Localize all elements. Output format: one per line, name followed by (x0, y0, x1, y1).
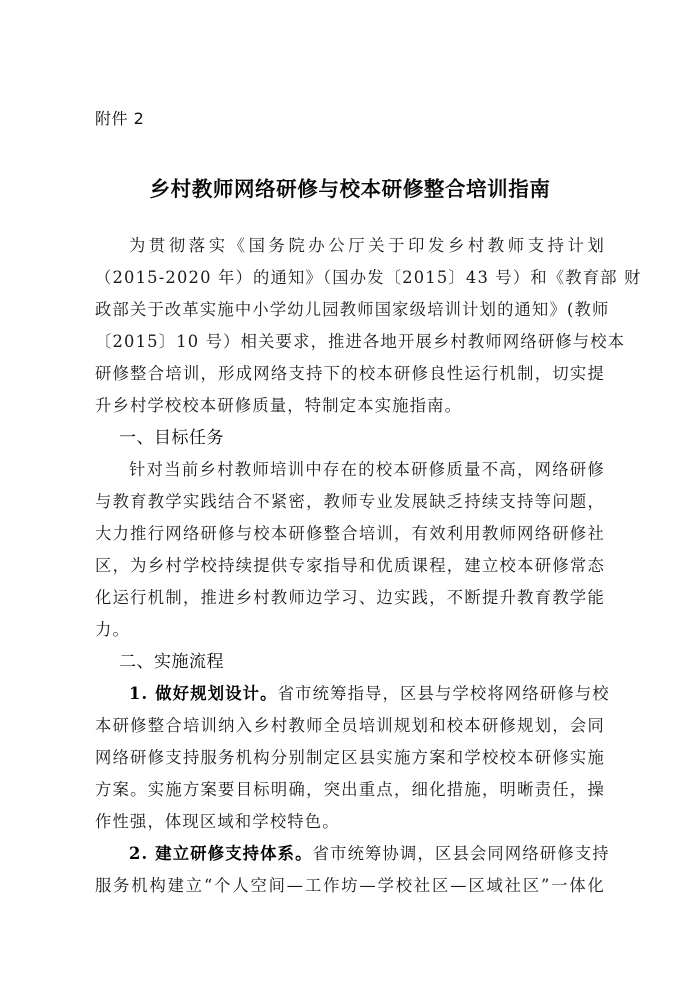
text-line: 针对当前乡村教师培训中存在的校本研修质量不高，网络研修 (95, 454, 605, 486)
text-line: 研修整合培训，形成网络支持下的校本研修良性运行机制，切实提 (95, 358, 605, 390)
text-line: 〔2015〕10 号）相关要求，推进各地开展乡村教师网络研修与校本 (95, 326, 605, 358)
document-page: 附件 2 乡村教师网络研修与校本研修整合培训指南 为贯彻落实《国务院办公厅关于印… (0, 0, 700, 993)
text-line: 力。 (95, 614, 605, 646)
text-line: 1. 做好规划设计。省市统筹指导，区县与学校将网络研修与校 (95, 678, 605, 710)
text-line: （2015-2020 年）的通知》（国办发〔2015〕43 号）和《教育部 财 (95, 262, 605, 294)
item-text: 省市统筹指导，区县与学校将网络研修与校 (278, 684, 610, 703)
process-item-support-system: 2. 建立研修支持体系。省市统筹协调，区县会同网络研修支持 服务机构建立“个人空… (95, 838, 605, 902)
document-title: 乡村教师网络研修与校本研修整合培训指南 (0, 172, 700, 202)
text-line: 方案。实施方案要目标明确，突出重点，细化措施，明晰责任，操 (95, 774, 605, 806)
text-line: 本研修整合培训纳入乡村教师全员培训规划和校本研修规划，会同 (95, 710, 605, 742)
text-line: 网络研修支持服务机构分别制定区县实施方案和学校校本研修实施 (95, 742, 605, 774)
goals-paragraph: 针对当前乡村教师培训中存在的校本研修质量不高，网络研修 与教育教学实践结合不紧密… (95, 454, 605, 646)
text-line: 区，为乡村学校持续提供专家指导和优质课程，建立校本研修常态 (95, 550, 605, 582)
process-item-planning: 1. 做好规划设计。省市统筹指导，区县与学校将网络研修与校 本研修整合培训纳入乡… (95, 678, 605, 838)
text-line: 化运行机制，推进乡村教师边学习、边实践，不断提升教育教学能 (95, 582, 605, 614)
document-body: 为贯彻落实《国务院办公厅关于印发乡村教师支持计划 （2015-2020 年）的通… (95, 230, 605, 902)
text-line: 为贯彻落实《国务院办公厅关于印发乡村教师支持计划 (95, 230, 605, 262)
text-line: 服务机构建立“个人空间—工作坊—学校社区—区域社区”一体化 (95, 870, 605, 902)
attachment-label: 附件 2 (95, 106, 144, 129)
item-lead-support-system: 2. 建立研修支持体系。 (129, 844, 313, 863)
text-line: 政部关于改革实施中小学幼儿园教师国家级培训计划的通知》(教师 (95, 294, 605, 326)
text-line: 升乡村学校校本研修质量，特制定本实施指南。 (95, 390, 605, 422)
text-line: 大力推行网络研修与校本研修整合培训，有效利用教师网络研修社 (95, 518, 605, 550)
text-line: 与教育教学实践结合不紧密，教师专业发展缺乏持续支持等问题， (95, 486, 605, 518)
text-line: 作性强，体现区域和学校特色。 (95, 806, 605, 838)
item-lead-planning: 1. 做好规划设计。 (129, 684, 278, 703)
text-line: 2. 建立研修支持体系。省市统筹协调，区县会同网络研修支持 (95, 838, 605, 870)
section-heading-process: 二、实施流程 (95, 646, 605, 678)
intro-paragraph: 为贯彻落实《国务院办公厅关于印发乡村教师支持计划 （2015-2020 年）的通… (95, 230, 605, 422)
item-text: 省市统筹协调，区县会同网络研修支持 (313, 844, 610, 863)
section-heading-goals: 一、目标任务 (95, 422, 605, 454)
